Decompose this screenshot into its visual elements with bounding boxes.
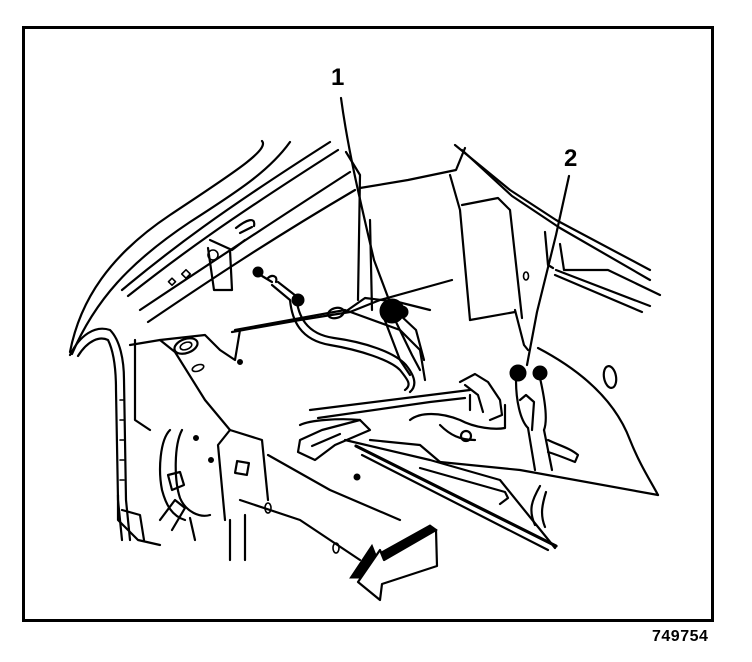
- wheelhouse-left: [70, 329, 160, 545]
- fender-edge: [70, 141, 355, 354]
- callout-2-label: 2: [564, 147, 577, 171]
- front-direction-arrow: [350, 525, 437, 600]
- callout-leaders: [341, 98, 569, 365]
- figure-number: 749754: [652, 628, 708, 646]
- technical-illustration: 1 2 749754: [0, 0, 752, 662]
- wiring-harness-left: [253, 267, 414, 392]
- line-drawing: [0, 0, 752, 662]
- hood-latch-2: [510, 365, 578, 470]
- front-rail: [130, 330, 400, 560]
- hood-latch-1: [380, 299, 424, 375]
- callout-1-label: 1: [331, 66, 344, 90]
- cross-member: [232, 300, 470, 425]
- hood-bumper: [410, 374, 505, 441]
- headlamp-housing: [160, 430, 210, 540]
